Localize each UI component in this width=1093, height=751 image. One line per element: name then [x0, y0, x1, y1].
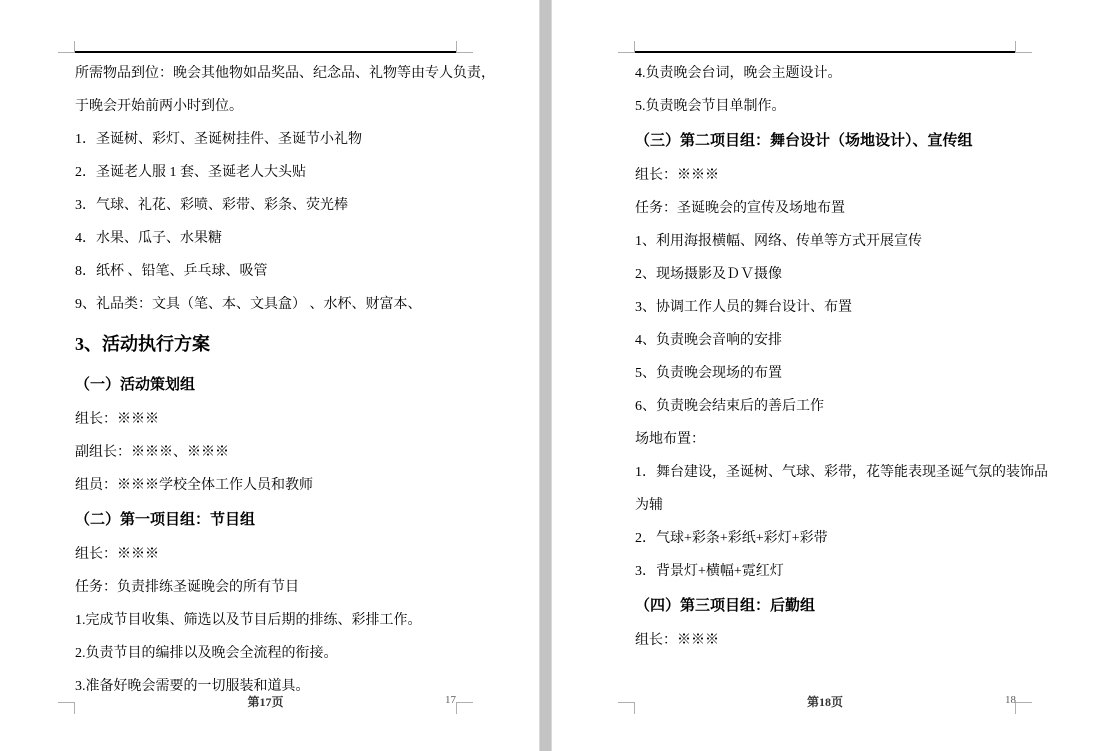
paragraph-line: 2．圣诞老人服 1 套、圣诞老人大头贴	[75, 156, 456, 189]
paragraph-line: 2、现场摄影及ＤＶ摄像	[635, 258, 1015, 291]
paragraph-line: 为辅	[635, 489, 1015, 522]
paragraph-line: 3．背景灯+横幅+霓红灯	[635, 555, 1015, 588]
paragraph-line: 3．气球、礼花、彩喷、彩带、彩条、荧光棒	[75, 189, 456, 222]
paragraph-line: 2.负责节目的编排以及晚会全流程的衔接。	[75, 637, 456, 670]
page-18[interactable]: 4.负责晚会台词，晚会主题设计。5.负责晚会节目单制作。（三）第二项目组：舞台设…	[552, 0, 1093, 751]
paragraph-line: 5.负责晚会节目单制作。	[635, 90, 1015, 123]
margin-corner-mark	[58, 702, 75, 714]
margin-corner-mark	[58, 41, 75, 53]
margin-corner-mark	[456, 702, 473, 714]
paragraph-line: 8．纸杯 、铅笔、乒乓球、吸管	[75, 255, 456, 288]
paragraph-line: 组长：※※※	[635, 624, 1015, 657]
margin-corner-mark	[1015, 41, 1032, 53]
heading-line: 3、活动执行方案	[75, 321, 456, 367]
heading-line: （一）活动策划组	[75, 367, 456, 403]
margin-corner-mark	[618, 41, 635, 53]
paragraph-line: 4、负责晚会音响的安排	[635, 324, 1015, 357]
page-body-text[interactable]: 所需物品到位：晚会其他物如品奖品、纪念品、礼物等由专人负责，于晚会开始前两小时到…	[75, 51, 456, 703]
footer-page-number: 17	[445, 694, 456, 706]
paragraph-line: 组员：※※※学校全体工作人员和教师	[75, 469, 456, 502]
paragraph-line: 1．圣诞树、彩灯、圣诞树挂件、圣诞节小礼物	[75, 123, 456, 156]
paragraph-line: 1.完成节目收集、筛选以及节目后期的排练、彩排工作。	[75, 604, 456, 637]
paragraph-line: 任务：圣诞晚会的宣传及场地布置	[635, 192, 1015, 225]
paragraph-line: 1、利用海报横幅、网络、传单等方式开展宣传	[635, 225, 1015, 258]
paragraph-line: 组长：※※※	[75, 538, 456, 571]
page-gap-divider	[539, 0, 552, 751]
paragraph-line: 9、礼品类：文具（笔、本、文具盒） 、水杯、财富本、	[75, 288, 456, 321]
paragraph-line: 组长：※※※	[635, 159, 1015, 192]
document-canvas: 所需物品到位：晚会其他物如品奖品、纪念品、礼物等由专人负责，于晚会开始前两小时到…	[0, 0, 1093, 751]
paragraph-line: 场地布置：	[635, 423, 1015, 456]
page-17[interactable]: 所需物品到位：晚会其他物如品奖品、纪念品、礼物等由专人负责，于晚会开始前两小时到…	[0, 0, 539, 751]
paragraph-line: 于晚会开始前两小时到位。	[75, 90, 456, 123]
paragraph-line: 6、负责晚会结束后的善后工作	[635, 390, 1015, 423]
heading-line: （二）第一项目组：节目组	[75, 502, 456, 538]
paragraph-line: 5、负责晚会现场的布置	[635, 357, 1015, 390]
paragraph-line: 4.负责晚会台词，晚会主题设计。	[635, 57, 1015, 90]
paragraph-line: 2．气球+彩条+彩纸+彩灯+彩带	[635, 522, 1015, 555]
paragraph-line: 所需物品到位：晚会其他物如品奖品、纪念品、礼物等由专人负责，	[75, 57, 456, 90]
footer-page-label: 第17页	[75, 693, 456, 711]
heading-line: （四）第三项目组：后勤组	[635, 588, 1015, 624]
paragraph-line: 副组长：※※※、※※※	[75, 436, 456, 469]
margin-corner-mark	[1015, 702, 1032, 714]
paragraph-line: 任务：负责排练圣诞晚会的所有节目	[75, 571, 456, 604]
paragraph-line: 4．水果、瓜子、水果糖	[75, 222, 456, 255]
paragraph-line: 组长：※※※	[75, 403, 456, 436]
footer-page-label: 第18页	[635, 693, 1015, 711]
page-body-text[interactable]: 4.负责晚会台词，晚会主题设计。5.负责晚会节目单制作。（三）第二项目组：舞台设…	[635, 51, 1015, 657]
paragraph-line: 1．舞台建设，圣诞树、气球、彩带，花等能表现圣诞气氛的装饰品	[635, 456, 1015, 489]
paragraph-line: 3、协调工作人员的舞台设计、布置	[635, 291, 1015, 324]
margin-corner-mark	[456, 41, 473, 53]
footer-page-number: 18	[1005, 694, 1016, 706]
heading-line: （三）第二项目组：舞台设计（场地设计）、宣传组	[635, 123, 1015, 159]
margin-corner-mark	[618, 702, 635, 714]
